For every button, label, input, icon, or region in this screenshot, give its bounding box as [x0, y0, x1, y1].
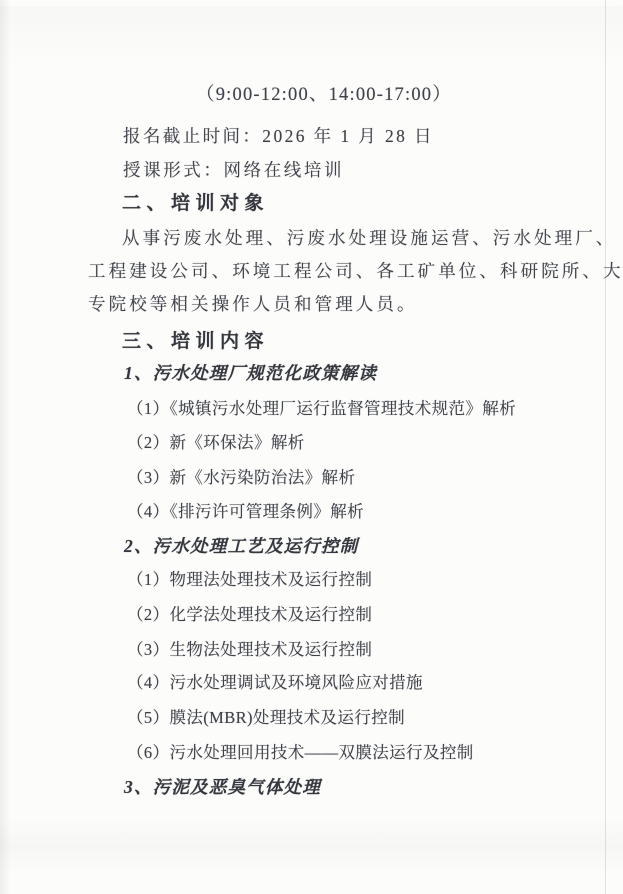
- audience-paragraph-line: 专院校等相关操作人员和管理人员。: [88, 294, 418, 315]
- topic1-item: （1）《城镇污水处理厂运行监督管理技术规范》解析: [127, 399, 516, 419]
- topic2-item: （5）膜法(MBR)处理技术及运行控制: [127, 708, 405, 728]
- topic1-title: 1、污水处理厂规范化政策解读: [124, 363, 377, 384]
- topic3-title: 3、污泥及恶臭气体处理: [124, 777, 321, 798]
- topic1-item: （4）《排污许可管理条例》解析: [127, 502, 364, 522]
- topic2-item: （6）污水处理回用技术——双膜法运行及控制: [127, 743, 474, 763]
- scan-noise-top: [0, 6, 623, 66]
- section-heading-content: 三、培训内容: [122, 331, 269, 354]
- topic1-item: （3）新《水污染防治法》解析: [127, 468, 355, 488]
- topic2-item: （1）物理法处理技术及运行控制: [127, 570, 372, 590]
- topic2-item: （3）生物法处理技术及运行控制: [127, 640, 372, 660]
- audience-paragraph-line: 从事污废水处理、污废水处理设施运营、污水处理厂、: [122, 228, 616, 249]
- topic2-item: （2）化学法处理技术及运行控制: [127, 605, 372, 625]
- scanned-document-page: （9:00-12:00、14:00-17:00） 报名截止时间：2026 年 1…: [0, 0, 623, 894]
- audience-paragraph-line: 工程建设公司、环境工程公司、各工矿单位、科研院所、大: [88, 261, 623, 282]
- topic1-item: （2）新《环保法》解析: [127, 433, 305, 453]
- scan-noise-bottom: [0, 818, 623, 874]
- session-hours-line: （9:00-12:00、14:00-17:00）: [196, 84, 452, 106]
- teaching-format-line: 授课形式：网络在线培训: [123, 160, 344, 181]
- registration-deadline-line: 报名截止时间：2026 年 1 月 28 日: [123, 126, 434, 147]
- topic2-title: 2、污水处理工艺及运行控制: [124, 536, 358, 557]
- topic2-item: （4）污水处理调试及环境风险应对措施: [127, 673, 423, 693]
- scan-fold-line: [605, 0, 606, 894]
- section-heading-audience: 二、培训对象: [122, 193, 269, 216]
- scan-edge-left: [0, 0, 10, 894]
